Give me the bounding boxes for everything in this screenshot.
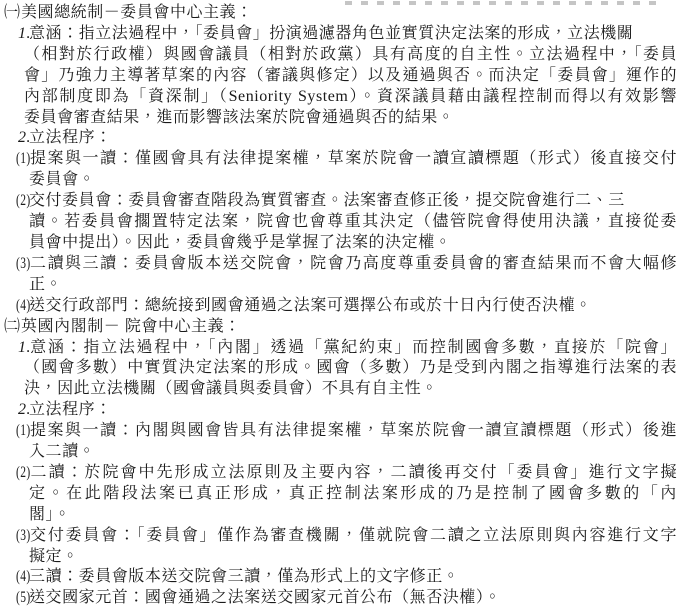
text-line: (1)提案與一讀：僅國會具有法律提案權，草案於院會一讀宣讀標題（形式）後直接交付: [0, 149, 681, 170]
line-text: 意涵：指立法過程中，「內閣」透過「黨紀約束」而控制國會多數，直接於「院會」: [29, 339, 677, 356]
line-text: 立法程序：: [29, 129, 112, 146]
line-text: 二讀：於院會中先形成立法原則及主要內容，二讀後再交付「委員會」進行文字擬: [29, 464, 677, 481]
list-marker: (5): [16, 588, 25, 607]
text-line: 決，因此立法機關（國會議員與委員會）不具有自主性。: [0, 379, 681, 400]
line-text: 閣」。: [29, 506, 71, 523]
text-line: 委員會。: [0, 170, 681, 191]
text-line: (2)交付委員會：委員會審查階段為實質審查。法案審查修正後，提交院會進行二、三: [0, 191, 681, 212]
list-marker: 2.: [18, 400, 29, 421]
text-line: (4)三讀：委員會版本送交院會三讀，僅為形式上的文字修正。: [0, 567, 681, 588]
line-text: 內部制度即為「資深制」（Seniority System）。資深議員藉由議程控制…: [24, 88, 677, 105]
document-text: ㈠美國總統制－委員會中心主義：1.意涵：指立法過程中，「委員會」扮演過濾器角色並…: [0, 3, 681, 607]
line-text: 決，因此立法機關（國會議員與委員會）不具有自主性。: [24, 380, 438, 397]
line-text: 委員會。: [29, 171, 95, 188]
text-line: ㈠美國總統制－委員會中心主義：: [0, 3, 681, 24]
line-text: 交付委員會：委員會審查階段為實質審查。法案審查修正後，提交院會進行二、三: [29, 192, 625, 209]
text-line: (3)交付委員會：「委員會」僅作為審查機關，僅就院會二讀之立法原則與內容進行文字: [0, 526, 681, 547]
line-text: 送交國家元首：國會通過之法案送交國家元首公布（無否決權）。: [29, 589, 501, 606]
line-text: 三讀：委員會版本送交院會三讀，僅為形式上的文字修正。: [29, 568, 459, 585]
list-marker: (4): [16, 567, 25, 588]
list-marker: (2): [16, 191, 25, 212]
line-text: 入二讀。: [29, 443, 95, 460]
text-line: 擬定。: [0, 547, 681, 568]
line-text: 美國總統制－委員會中心主義：: [21, 4, 253, 21]
list-marker: (4): [16, 296, 25, 317]
line-text: （國會多數）中實質決定法案的形成。國會（多數）乃是受到內閣之指導進行法案的表: [24, 359, 677, 376]
line-text: 意涵：指立法過程中，「委員會」扮演過濾器角色並實質決定法案的形成，立法機關: [29, 25, 633, 42]
text-line: 2.立法程序：: [0, 128, 681, 149]
line-text: 會」乃強力主導著草案的內容（審議與修定）以及通過與否。而決定「委員會」運作的: [24, 67, 677, 84]
list-marker: ㈡: [4, 317, 21, 338]
line-text: （相對於行政權）與國會議員（相對於政黨）具有高度的自主性。立法過程中，「委員: [24, 46, 677, 63]
list-marker: 2.: [18, 128, 29, 149]
line-text: 交付委員會：「委員會」僅作為審查機關，僅就院會二讀之立法原則與內容進行文字: [29, 527, 677, 544]
text-line: (3)二讀與三讀：委員會版本送交院會，院會乃高度尊重委員會的審查結果而不會大幅修: [0, 254, 681, 275]
line-text: 委員會審查結果，進而影響該法案於院會通過與否的結果。: [24, 109, 454, 126]
line-text: 正。: [29, 276, 62, 293]
list-marker: 1.: [18, 338, 29, 359]
text-line: 定。在此階段法案已真正形成，真正控制法案形成的乃是控制了國會多數的「內: [0, 484, 681, 505]
text-line: (4)送交行政部門：總統接到國會通過之法案可選擇公布或於十日內行使否決權。: [0, 296, 681, 317]
text-line: 員會中提出）。因此，委員會幾乎是掌握了法案的決定權。: [0, 233, 681, 254]
line-text: 立法程序：: [29, 401, 112, 418]
text-line: (2)二讀：於院會中先形成立法原則及主要內容，二讀後再交付「委員會」進行文字擬: [0, 463, 681, 484]
text-line: 1.意涵：指立法過程中，「內閣」透過「黨紀約束」而控制國會多數，直接於「院會」: [0, 338, 681, 359]
list-marker: (3): [16, 526, 25, 547]
line-text: 擬定。: [29, 548, 79, 565]
list-marker: (3): [16, 254, 25, 275]
line-text: 定。在此階段法案已真正形成，真正控制法案形成的乃是控制了國會多數的「內: [29, 485, 677, 502]
text-line: (1)提案與一讀：內閣與國會皆具有法律提案權，草案於院會一讀宣讀標題（形式）後進: [0, 421, 681, 442]
text-line: 閣」。: [0, 505, 681, 526]
list-marker: (2): [16, 463, 25, 484]
line-text: 二讀與三讀：委員會版本送交院會，院會乃高度尊重委員會的審查結果而不會大幅修: [29, 255, 677, 272]
text-line: 會」乃強力主導著草案的內容（審議與修定）以及通過與否。而決定「委員會」運作的: [0, 66, 681, 87]
scanned-document-page: ㈠美國總統制－委員會中心主義：1.意涵：指立法過程中，「委員會」扮演過濾器角色並…: [0, 0, 681, 607]
text-line: （相對於行政權）與國會議員（相對於政黨）具有高度的自主性。立法過程中，「委員: [0, 45, 681, 66]
line-text: 提案與一讀：內閣與國會皆具有法律提案權，草案於院會一讀宣讀標題（形式）後進: [29, 422, 677, 439]
line-text: 讀。若委員會擱置特定法案，院會也會尊重其決定（儘管院會得使用決議，直接從委: [29, 213, 677, 230]
text-line: 正。: [0, 275, 681, 296]
text-line: 內部制度即為「資深制」（Seniority System）。資深議員藉由議程控制…: [0, 87, 681, 108]
line-text: 員會中提出）。因此，委員會幾乎是掌握了法案的決定權。: [29, 234, 451, 251]
line-text: 英國內閣制－ 院會中心主義：: [21, 318, 241, 335]
text-line: 委員會審查結果，進而影響該法案於院會通過與否的結果。: [0, 108, 681, 129]
text-line: ㈡英國內閣制－ 院會中心主義：: [0, 317, 681, 338]
text-line: （國會多數）中實質決定法案的形成。國會（多數）乃是受到內閣之指導進行法案的表: [0, 358, 681, 379]
list-marker: (1): [16, 421, 25, 442]
text-line: 1.意涵：指立法過程中，「委員會」扮演過濾器角色並實質決定法案的形成，立法機關: [0, 24, 681, 45]
line-text: 提案與一讀：僅國會具有法律提案權，草案於院會一讀宣讀標題（形式）後直接交付: [29, 150, 677, 167]
list-marker: (1): [16, 149, 25, 170]
list-marker: 1.: [18, 24, 29, 45]
line-text: 送交行政部門：總統接到國會通過之法案可選擇公布或於十日內行使否決權。: [29, 297, 592, 314]
text-line: (5)送交國家元首：國會通過之法案送交國家元首公布（無否決權）。: [0, 588, 681, 607]
text-line: 讀。若委員會擱置特定法案，院會也會尊重其決定（儘管院會得使用決議，直接從委: [0, 212, 681, 233]
list-marker: ㈠: [4, 3, 21, 24]
text-line: 入二讀。: [0, 442, 681, 463]
text-line: 2.立法程序：: [0, 400, 681, 421]
